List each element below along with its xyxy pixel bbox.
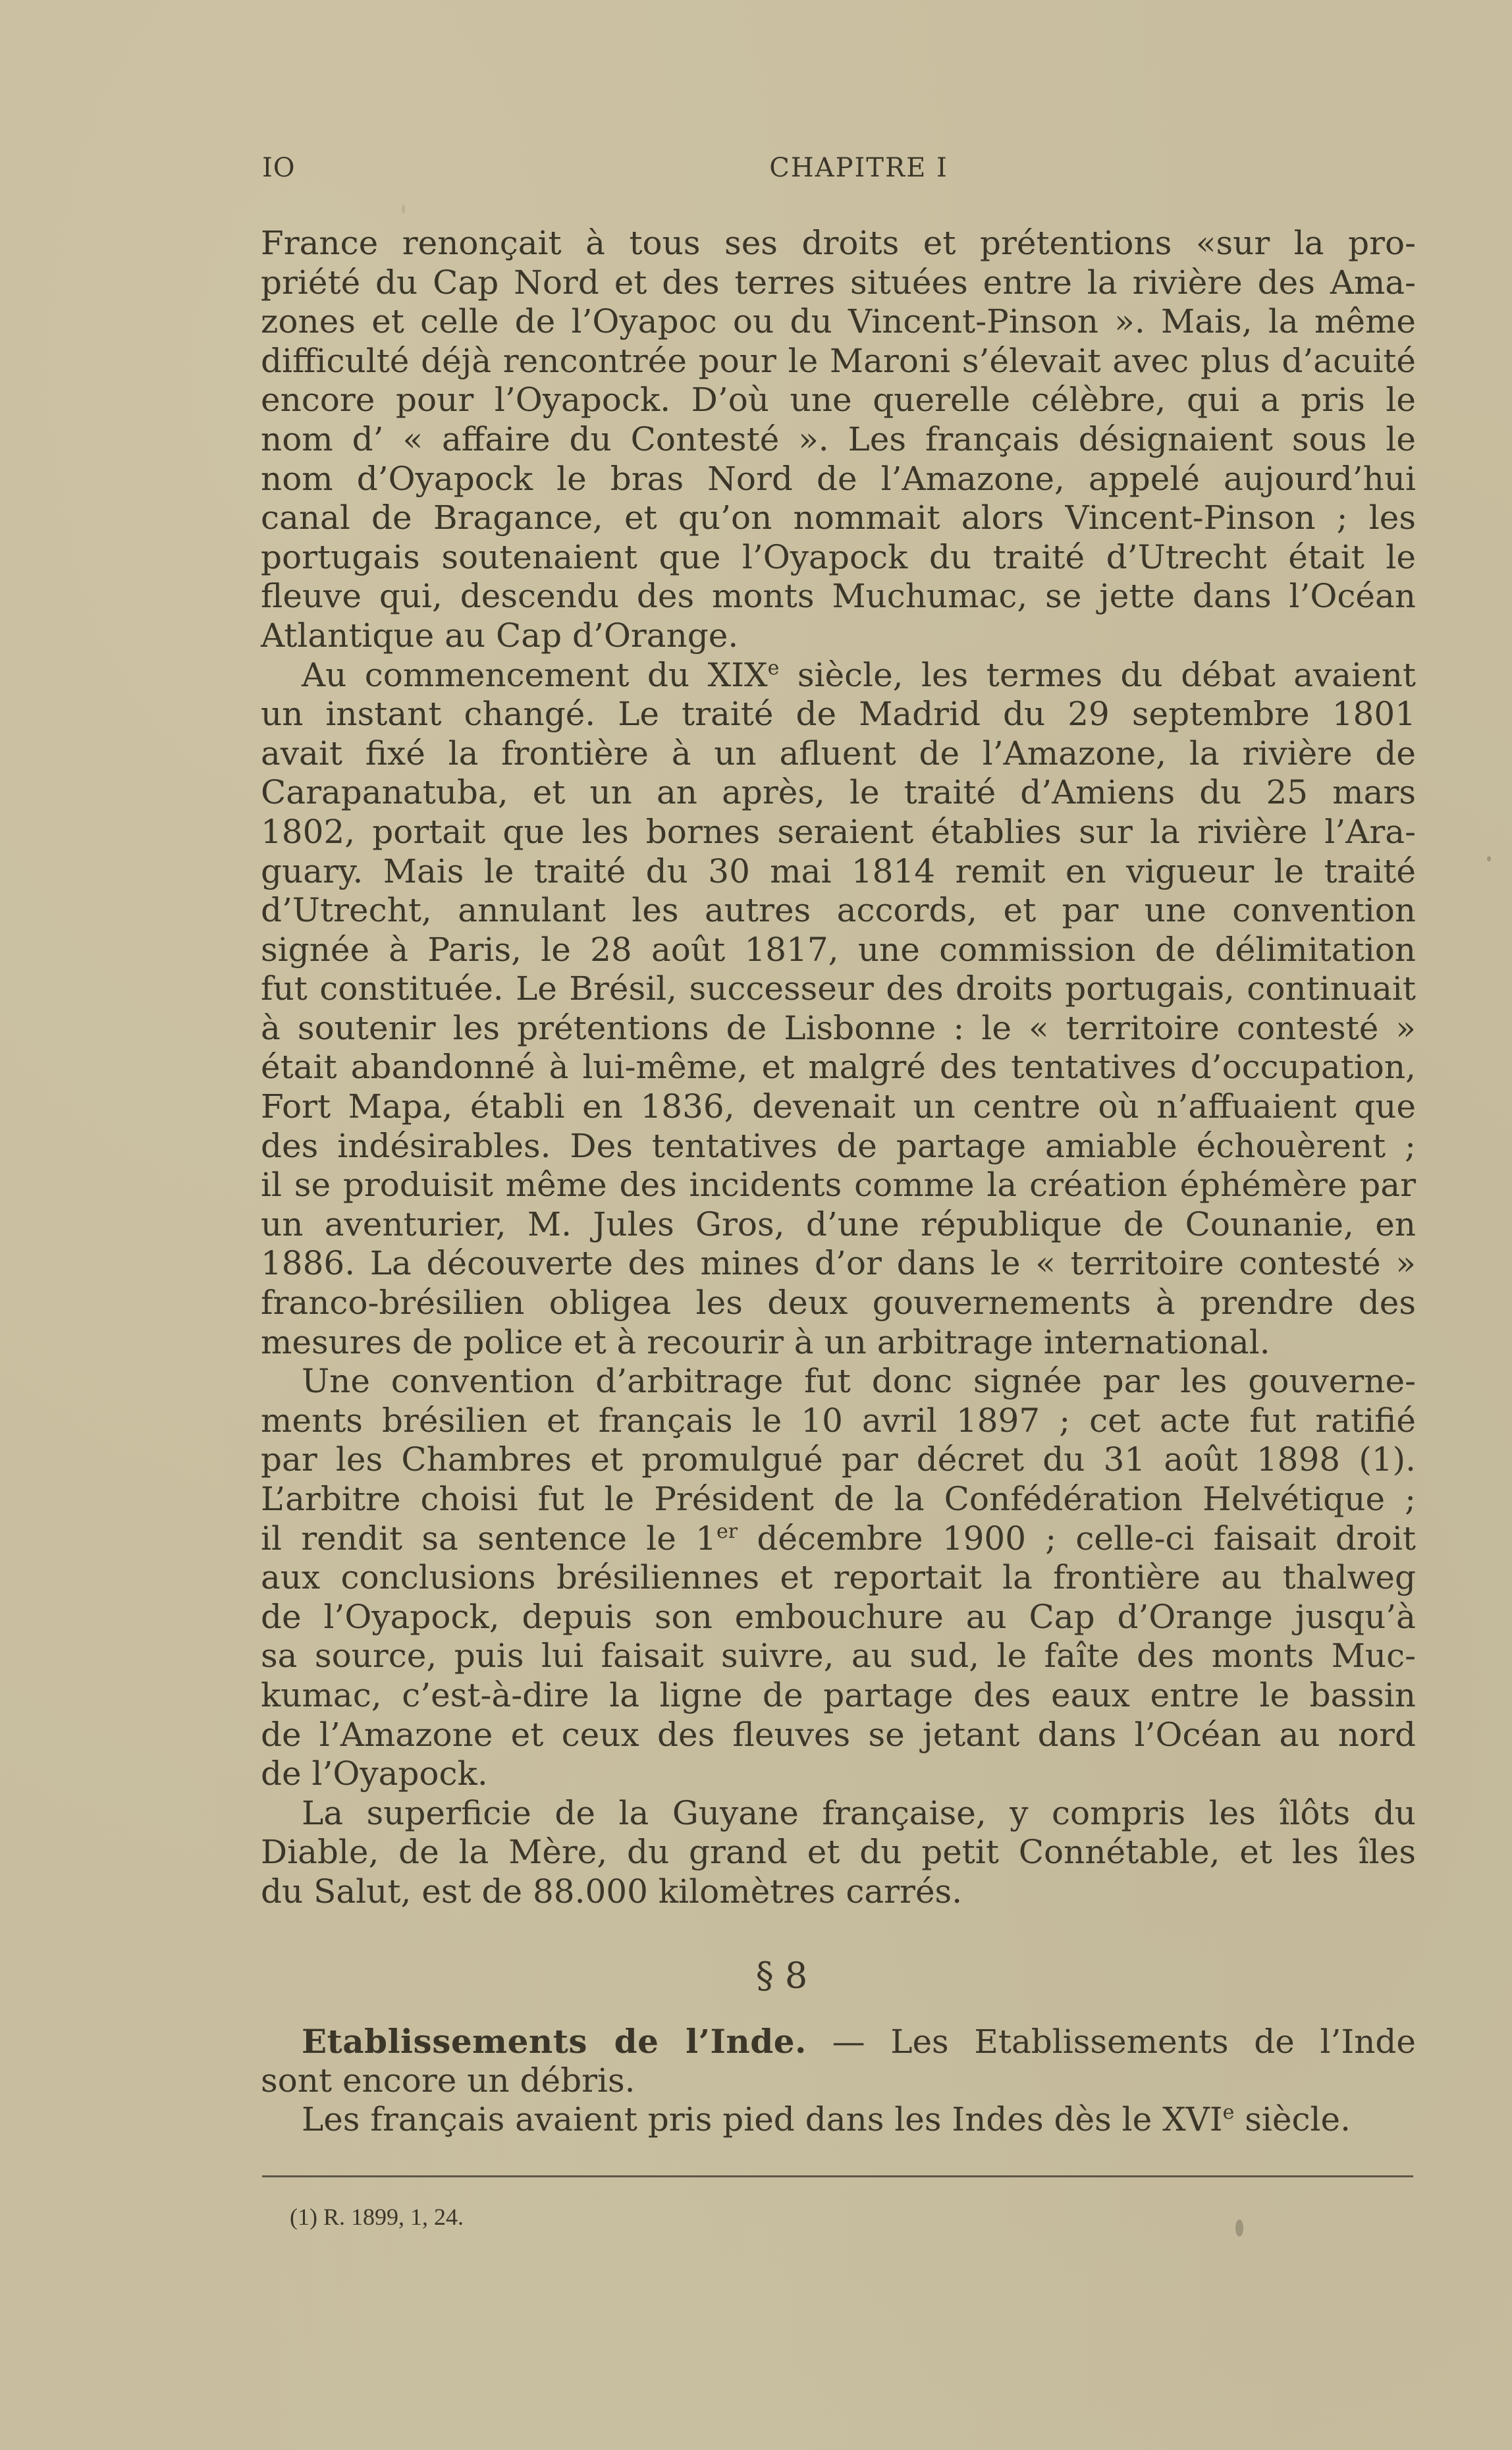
superscript: e <box>1223 2101 1235 2124</box>
text-segment: Les Etablissements de l’Inde <box>890 2023 1416 2061</box>
text-line: 1886. La découverte des mines d’or dans … <box>261 1244 1416 1284</box>
text-segment: il rendit sa sentence le 1 <box>261 1519 716 1558</box>
text-line: à soutenir les prétentions de Lisbonne :… <box>261 1009 1416 1048</box>
text-line: L’arbitre choisi fut le Président de la … <box>261 1480 1416 1519</box>
text-line: avait fixé la frontière à un afluent de … <box>261 734 1416 774</box>
text-line: de l’Oyapock, depuis son embouchure au C… <box>261 1598 1416 1637</box>
text-line: un instant changé. Le traité de Madrid d… <box>261 695 1416 734</box>
text-line: par les Chambres et promulgué par décret… <box>261 1440 1416 1480</box>
text-line: du Salut, est de 88.000 kilomètres carré… <box>261 1872 1416 1912</box>
text-line: signée à Paris, le 28 août 1817, une com… <box>261 931 1416 970</box>
text-line: ments brésilien et français le 10 avril … <box>261 1402 1416 1441</box>
text-line: de l’Oyapock. <box>261 1755 1416 1794</box>
footnote-divider <box>262 2175 1413 2177</box>
paper-speck <box>402 204 405 213</box>
text-segment: Les français avaient pris pied dans les … <box>302 2100 1223 2138</box>
text-line: franco-brésilien obligea les deux gouver… <box>261 1284 1416 1323</box>
text-line: sa source, puis lui faisait suivre, au s… <box>261 1637 1416 1676</box>
text-line: d’Utrecht, annulant les autres accords, … <box>261 891 1416 931</box>
section-heading-line: Etablissements de l’Inde. — Les Etabliss… <box>261 2022 1416 2061</box>
text-line: zones et celle de l’Oyapoc ou du Vincent… <box>261 302 1416 342</box>
text-segment: siècle, les termes du débat avaient <box>779 656 1416 694</box>
text-line: aux conclusions brésiliennes et reportai… <box>261 1558 1416 1598</box>
text-line: était abandonné à lui-même, et malgré de… <box>261 1048 1416 1087</box>
section-body: Etablissements de l’Inde. — Les Etabliss… <box>261 2022 1416 2140</box>
text-line: Atlantique au Cap d’Orange. <box>261 616 1416 656</box>
superscript: e <box>768 657 780 680</box>
text-line: priété du Cap Nord et des terres situées… <box>261 263 1416 303</box>
em-dash: — <box>807 2023 890 2061</box>
text-line: kumac, c’est-à-dire la ligne de partage … <box>261 1676 1416 1716</box>
text-line: encore pour l’Oyapock. D’où une querelle… <box>261 381 1416 420</box>
text-line: des indésirables. Des tentatives de part… <box>261 1127 1416 1166</box>
text-line: Diable, de la Mère, du grand et du petit… <box>261 1833 1416 1872</box>
text-line: difficulté déjà rencontrée pour le Maron… <box>261 342 1416 381</box>
text-line: portugais soutenaient que l’Oyapock du t… <box>261 538 1416 578</box>
paragraph-start-line: Une convention d’arbitrage fut donc sign… <box>261 1362 1416 1402</box>
paper-speck <box>1487 856 1491 861</box>
text-line: fleuve qui, descendu des monts Muchumac,… <box>261 577 1416 616</box>
text-line: Fort Mapa, établi en 1836, devenait un c… <box>261 1087 1416 1127</box>
text-line: fut constituée. Le Brésil, successeur de… <box>261 969 1416 1009</box>
paragraph-start-line: Au commencement du XIXe siècle, les term… <box>261 656 1416 695</box>
text-line: mesures de police et à recourir à un arb… <box>261 1323 1416 1363</box>
footnote: (1) R. 1899, 1, 24. <box>290 2203 464 2231</box>
text-line: Carapanatuba, et un an après, le traité … <box>261 773 1416 813</box>
text-line: 1802, portait que les bornes seraient ét… <box>261 813 1416 852</box>
body-text: France renonçait à tous ses droits et pr… <box>261 224 1416 1912</box>
text-line: France renonçait à tous ses droits et pr… <box>261 224 1416 263</box>
text-line: de l’Amazone et ceux des fleuves se jeta… <box>261 1716 1416 1755</box>
text-segment: Au commencement du XIX <box>302 656 768 694</box>
text-line: sont encore un débris. <box>261 2061 1416 2101</box>
running-head: IO CHAPITRE I <box>262 153 1416 186</box>
text-line: guary. Mais le traité du 30 mai 1814 rem… <box>261 852 1416 892</box>
text-segment: décembre 1900 ; celle-ci faisait droit <box>738 1519 1416 1558</box>
text-line: nom d’ « affaire du Contesté ». Les fran… <box>261 420 1416 460</box>
text-segment: siècle. <box>1234 2100 1351 2138</box>
paper-speck <box>1235 2219 1243 2237</box>
text-line: un aventurier, M. Jules Gros, d’une répu… <box>261 1205 1416 1245</box>
document-page: IO CHAPITRE I France renonçait à tous se… <box>0 0 1512 2450</box>
section-heading: Etablissements de l’Inde. <box>302 2022 807 2061</box>
paragraph-start-line: La superficie de la Guyane française, y … <box>261 1794 1416 1834</box>
text-line: canal de Bragance, et qu’on nommait alor… <box>261 499 1416 538</box>
text-line: nom d’Oyapock le bras Nord de l’Amazone,… <box>261 460 1416 499</box>
chapter-title: CHAPITRE I <box>262 153 1416 183</box>
superscript: er <box>716 1520 738 1543</box>
section-number: § 8 <box>0 1955 1512 1996</box>
text-line: il se produisit même des incidents comme… <box>261 1166 1416 1205</box>
text-line: il rendit sa sentence le 1er décembre 19… <box>261 1519 1416 1559</box>
paragraph-start-line: Les français avaient pris pied dans les … <box>261 2100 1416 2140</box>
